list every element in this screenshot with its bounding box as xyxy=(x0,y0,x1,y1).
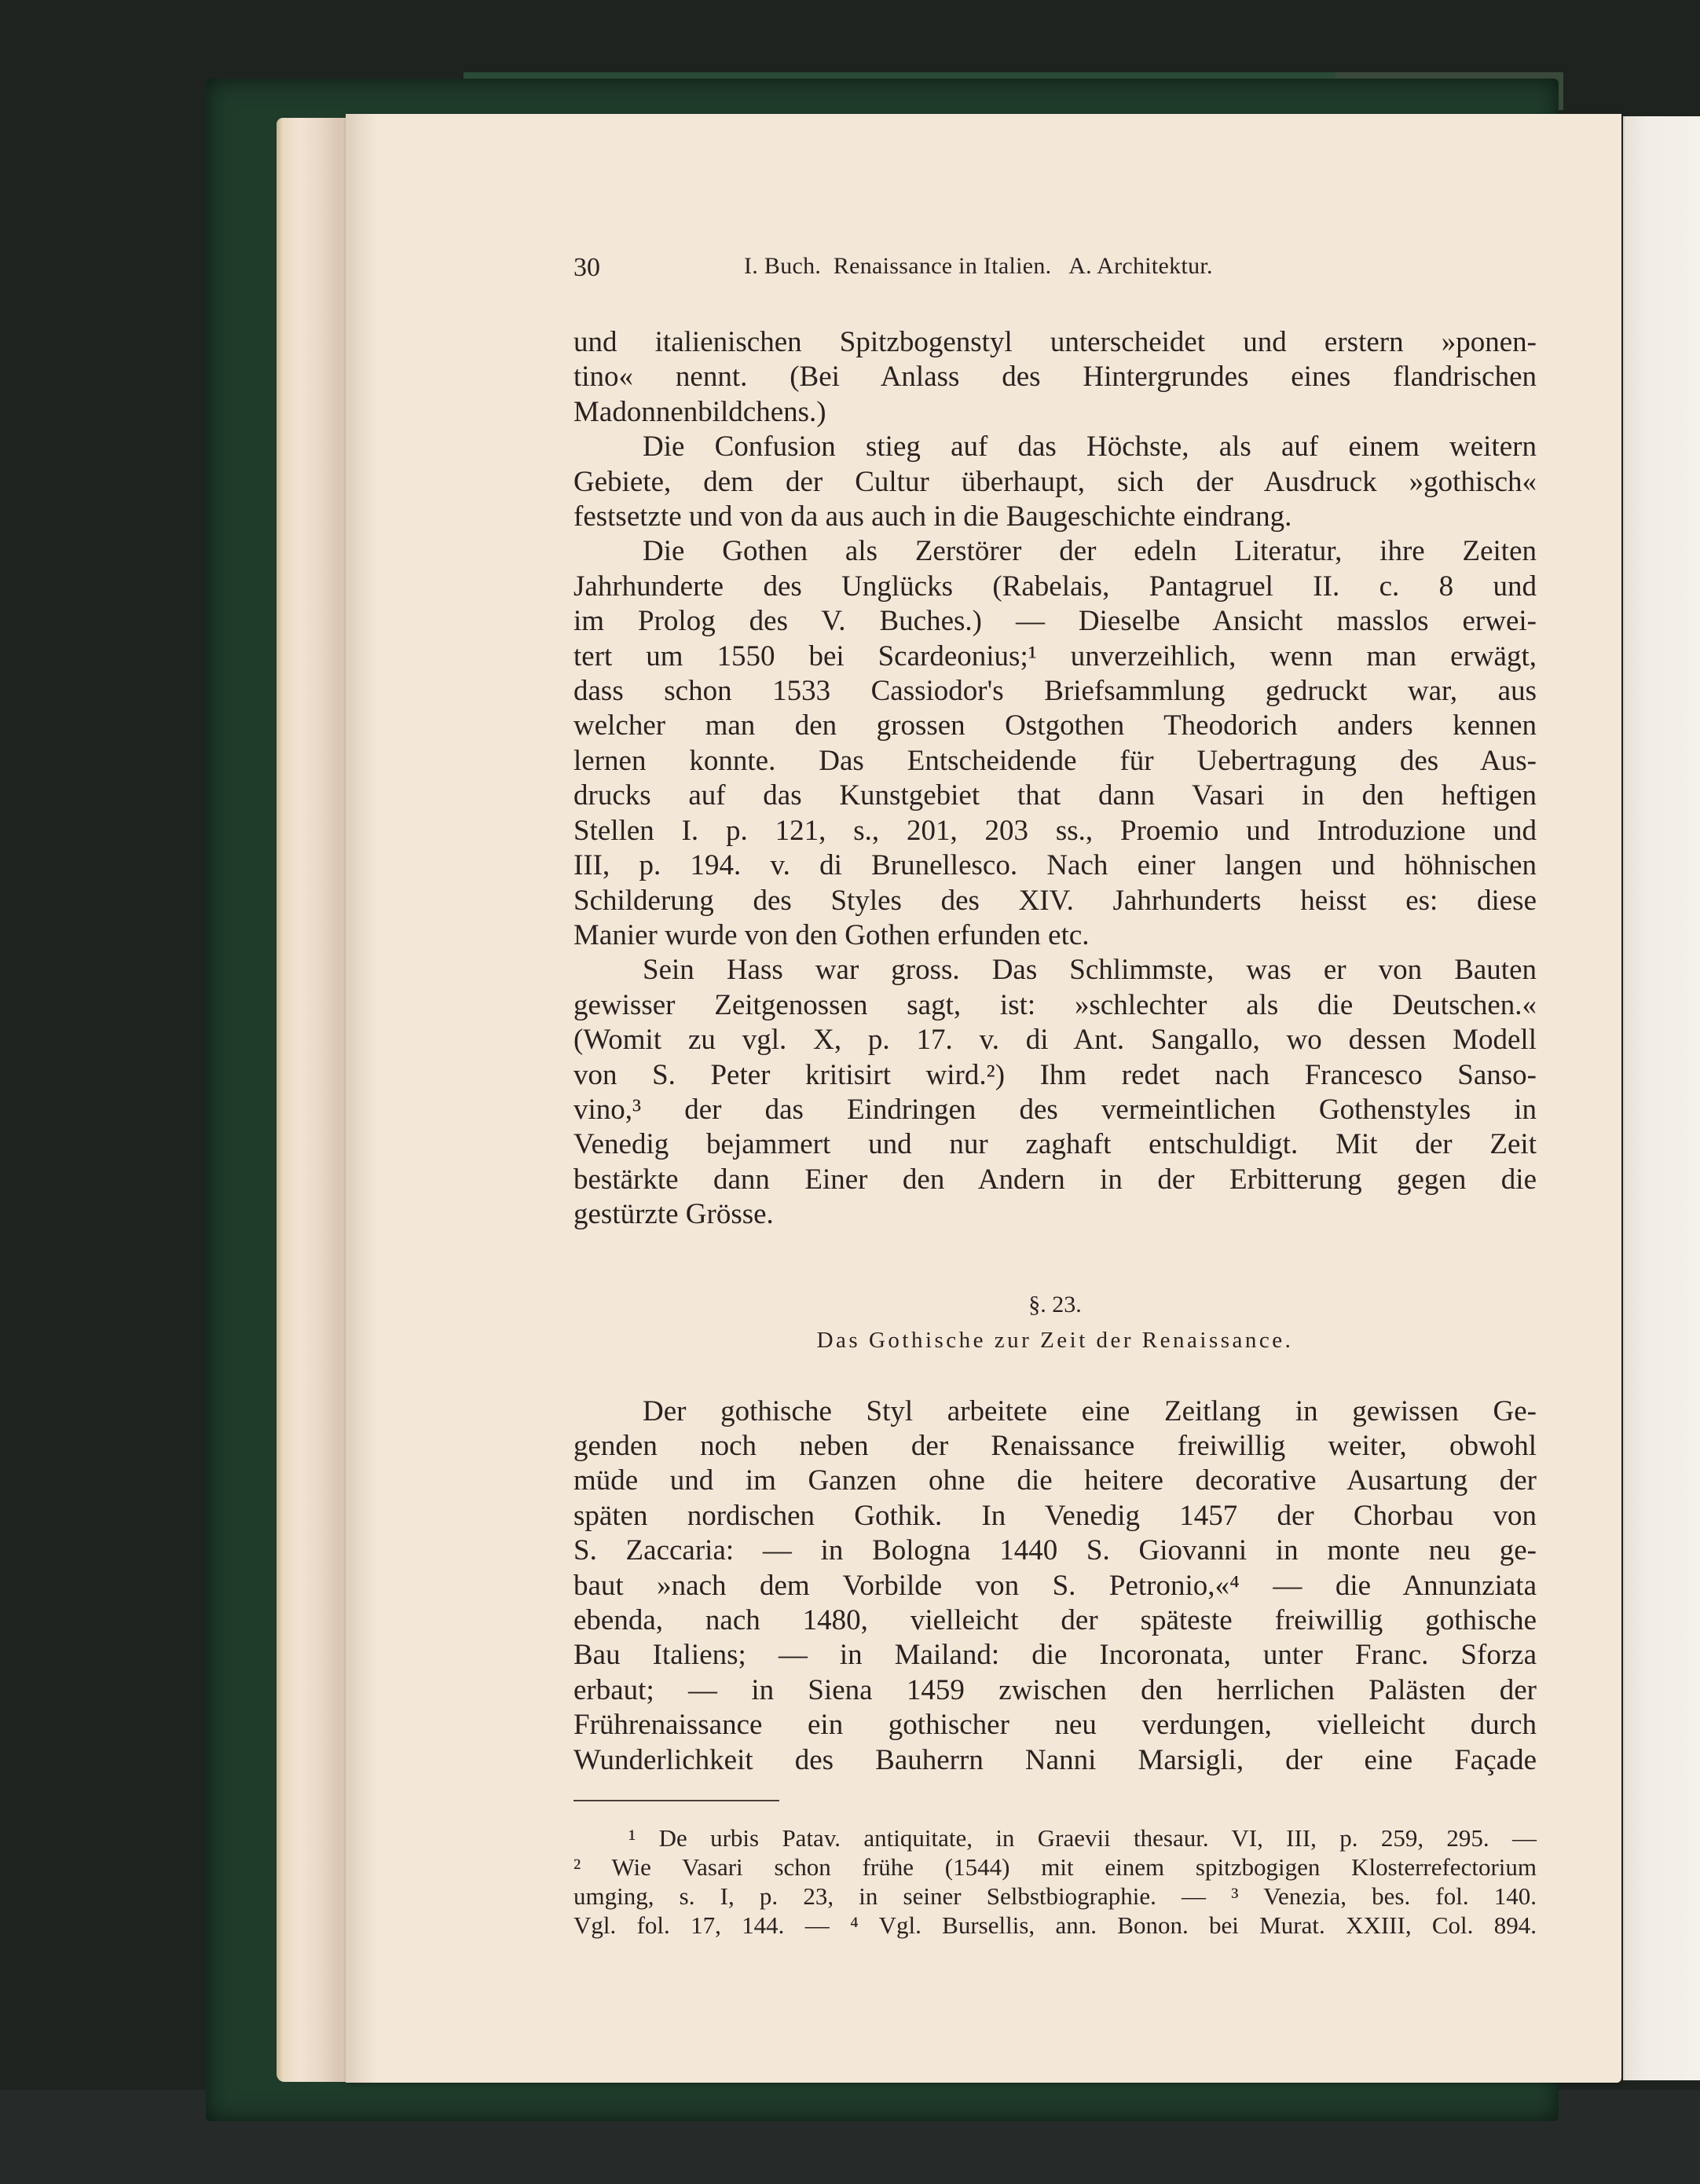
section-number: §. 23. xyxy=(573,1289,1537,1321)
text-line: Die Confusion stieg auf das Höchste, als… xyxy=(573,430,1537,464)
adjacent-page xyxy=(1623,116,1700,2080)
text-line: drucks auf das Kunstgebiet that dann Vas… xyxy=(573,779,1537,813)
text-line: Madonnenbildchens.) xyxy=(573,395,1537,430)
section-title: Das Gothische zur Zeit der Renaissance. xyxy=(573,1321,1537,1360)
text-line: Die Gothen als Zerstörer der edeln Liter… xyxy=(573,534,1537,569)
text-line: Jahrhunderte des Unglücks (Rabelais, Pan… xyxy=(573,570,1537,604)
text-line: gestürzte Grösse. xyxy=(573,1197,1537,1232)
text-line: müde und im Ganzen ohne die heitere deco… xyxy=(573,1464,1537,1498)
text-line: gewisser Zeitgenossen sagt, ist: »schlec… xyxy=(573,988,1537,1023)
page-number: 30 xyxy=(573,253,600,283)
text-line: bestärkte dann Einer den Andern in der E… xyxy=(573,1163,1537,1197)
text-line: III, p. 194. v. di Brunellesco. Nach ein… xyxy=(573,848,1537,883)
running-title: I. Buch. Renaissance in Italien. A. Arch… xyxy=(744,253,1213,280)
text-line: und italienischen Spitzbogenstyl untersc… xyxy=(573,325,1537,360)
text-line: dass schon 1533 Cassiodor's Briefsammlun… xyxy=(573,674,1537,709)
text-line: Manier wurde von den Gothen erfunden etc… xyxy=(573,918,1537,953)
footnote-line: Vgl. fol. 17, 144. — ⁴ Vgl. Bursellis, a… xyxy=(573,1911,1537,1940)
text-line: erbaut; — in Siena 1459 zwischen den her… xyxy=(573,1673,1537,1708)
gutter-shadow xyxy=(346,114,377,2083)
text-line: Schilderung des Styles des XIV. Jahrhund… xyxy=(573,884,1537,918)
section-heading: §. 23. Das Gothische zur Zeit der Renais… xyxy=(573,1289,1537,1360)
text-line: welcher man den grossen Ostgothen Theodo… xyxy=(573,709,1537,743)
text-line: S. Zaccaria: — in Bologna 1440 S. Giovan… xyxy=(573,1534,1537,1568)
text-line: Gebiete, dem der Cultur überhaupt, sich … xyxy=(573,465,1537,500)
text-line: von S. Peter kritisirt wird.²) Ihm redet… xyxy=(573,1058,1537,1093)
text-line: festsetzte und von da aus auch in die Ba… xyxy=(573,500,1537,534)
footnote-line: ¹ De urbis Patav. antiquitate, in Graevi… xyxy=(573,1823,1537,1852)
text-line: ebenda, nach 1480, vielleicht der spätes… xyxy=(573,1603,1537,1638)
text-line: (Womit zu vgl. X, p. 17. v. di Ant. Sang… xyxy=(573,1023,1537,1057)
text-line: Wunderlichkeit des Bauherrn Nanni Marsig… xyxy=(573,1743,1537,1778)
footnote-line: umging, s. I, p. 23, in seiner Selbstbio… xyxy=(573,1882,1537,1911)
body-paragraphs: und italienischen Spitzbogenstyl untersc… xyxy=(573,325,1537,1233)
text-line: Bau Italiens; — in Mailand: die Incorona… xyxy=(573,1638,1537,1673)
text-line: tino« nennt. (Bei Anlass des Hintergrund… xyxy=(573,360,1537,394)
section-body: Der gothische Styl arbeitete eine Zeitla… xyxy=(573,1394,1537,1778)
page-text: 30 I. Buch. Renaissance in Italien. A. A… xyxy=(573,244,1537,1940)
text-line: im Prolog des V. Buches.) — Dieselbe Ans… xyxy=(573,604,1537,639)
running-head: 30 I. Buch. Renaissance in Italien. A. A… xyxy=(573,244,1537,291)
text-line: Sein Hass war gross. Das Schlimmste, was… xyxy=(573,953,1537,988)
text-line: baut »nach dem Vorbilde von S. Petronio,… xyxy=(573,1569,1537,1603)
footnotes: ¹ De urbis Patav. antiquitate, in Graevi… xyxy=(573,1823,1537,1940)
text-line: genden noch neben der Renaissance freiwi… xyxy=(573,1429,1537,1464)
text-line: Frührenaissance ein gothischer neu verdu… xyxy=(573,1708,1537,1742)
footnote-line: ² Wie Vasari schon frühe (1544) mit eine… xyxy=(573,1852,1537,1882)
text-line: lernen konnte. Das Entscheidende für Ueb… xyxy=(573,744,1537,779)
footnote-divider xyxy=(573,1800,779,1801)
text-line: späten nordischen Gothik. In Venedig 145… xyxy=(573,1499,1537,1534)
text-line: Stellen I. p. 121, s., 201, 203 ss., Pro… xyxy=(573,814,1537,848)
text-line: tert um 1550 bei Scardeonius;¹ unverzeih… xyxy=(573,639,1537,674)
text-line: vino,³ der das Eindringen des vermeintli… xyxy=(573,1093,1537,1127)
text-line: Der gothische Styl arbeitete eine Zeitla… xyxy=(573,1394,1537,1429)
text-line: Venedig bejammert und nur zaghaft entsch… xyxy=(573,1127,1537,1162)
